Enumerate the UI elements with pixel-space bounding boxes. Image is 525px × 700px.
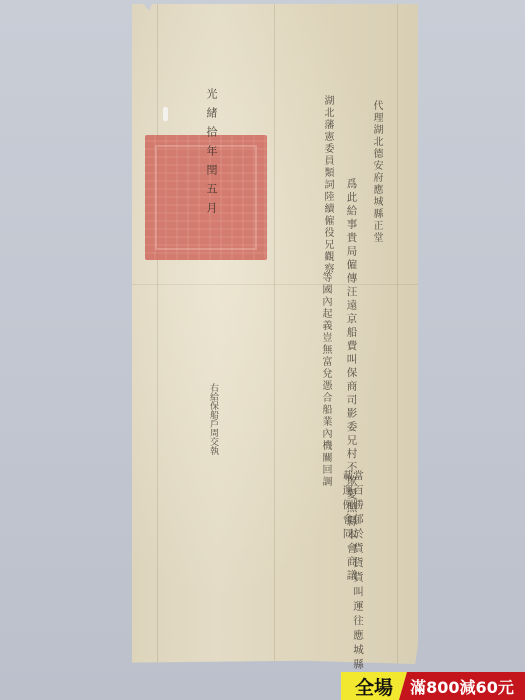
fold-line (157, 4, 158, 664)
signature-column: 右給保船戶周交執 (208, 383, 217, 455)
document-column-1: 代理湖北德安府應城縣正堂 (371, 100, 381, 244)
promo-banner-right: 滿800減60元 (399, 672, 525, 700)
document-column-5: 當百勝郁於貨貨貨叫運往應城縣吳載運例會同 (342, 470, 363, 700)
paper-tear (163, 107, 168, 121)
fold-line (397, 4, 398, 664)
document-column-2: 湖北藩憲委員類詞陸續僱役兄觀察 (322, 95, 332, 275)
fold-line (274, 4, 275, 664)
document-column-4: 等國內起義豈無富兌憑合船業內機關回調 (320, 272, 330, 488)
date-column: 光緒拾年閏五月 (206, 88, 217, 221)
promo-banner[interactable]: 全場 滿800減60元 (341, 672, 525, 700)
promo-banner-left: 全場 (341, 672, 407, 700)
fold-line (132, 284, 418, 285)
